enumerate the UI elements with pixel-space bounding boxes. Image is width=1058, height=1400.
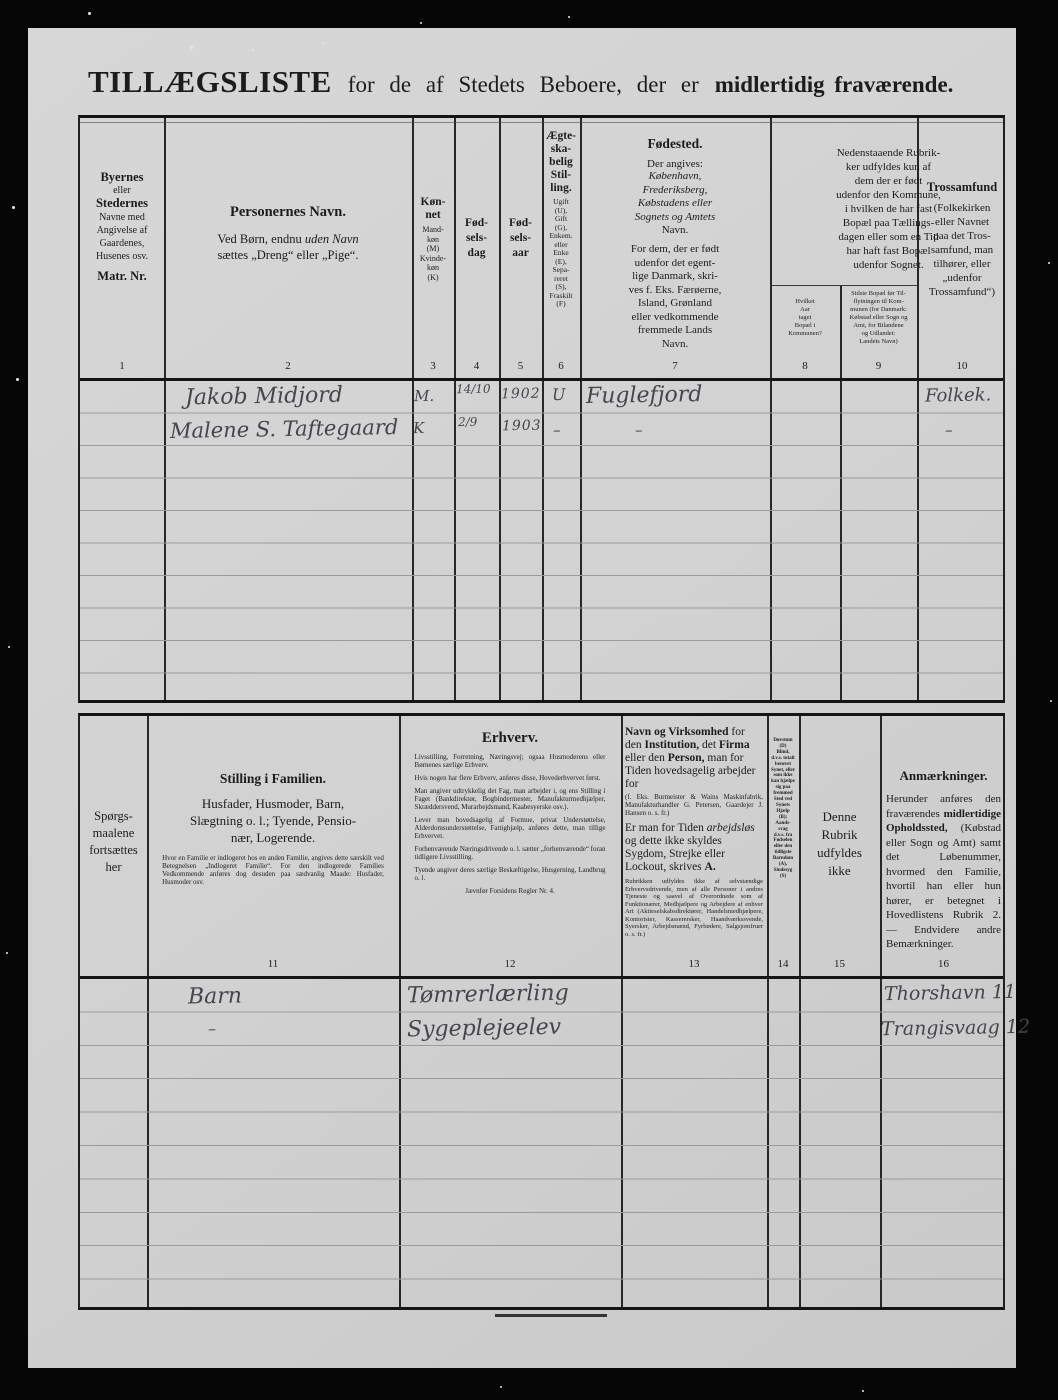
entry-occupation: Sygeplejeelev <box>407 1015 562 1043</box>
entry-birthyear: 1902 <box>501 386 541 403</box>
header-col10-title: Trossamfund <box>919 180 1005 195</box>
entry-name: Jakob Midjord <box>185 383 343 411</box>
scan-speck <box>88 12 91 15</box>
column-number: 5 <box>499 360 542 372</box>
header-col4: Fød- sels- dag <box>454 216 499 261</box>
scan-speck <box>190 46 193 49</box>
form-paper: TILLÆGSLISTE for de af Stedets Beboere, … <box>28 28 1016 1368</box>
header-col7-title: Fødested. <box>582 136 768 152</box>
table-lower: Spørgs- maalene fortsættes her Stilling … <box>78 713 1005 1310</box>
entry-family-position: Barn <box>188 984 242 1010</box>
header-col13: Navn og Virksomhed for den Institution, … <box>625 726 763 938</box>
entry-civilstatus: U <box>552 385 566 404</box>
header-col8: Hvilket Aar taget Bopæl i Kommunen? <box>770 298 840 338</box>
header-col13-unemployed-part: A. <box>705 861 716 873</box>
header-col7-navn: Navn. <box>582 224 768 236</box>
entry-birthplace: Fuglefjord <box>586 382 703 409</box>
header-col2-sub-text: sættes „Dreng“ eller „Pige“. <box>218 248 359 262</box>
header-col5: Fød- sels- aar <box>499 216 542 261</box>
header-col13-fineprint: Rubrikken udfyldes ikke af selvstændige … <box>625 878 763 938</box>
header-col16: Anmærkninger. Herunder anføres den fravæ… <box>886 768 1001 952</box>
entry-congregation: – <box>945 421 953 439</box>
entry-name: Malene S. Taftegaard <box>170 415 399 443</box>
header-col1-line: Stedernes <box>82 196 162 211</box>
entry-civilstatus: – <box>553 421 561 439</box>
column-number: 13 <box>621 958 767 970</box>
column-number: 16 <box>880 958 1007 970</box>
header-col10: Trossamfund (Folkekirken eller Navnet pa… <box>919 180 1005 299</box>
entry-birthyear: 1903 <box>502 418 542 435</box>
header-col7-places: København, Frederiksberg, Købstadens ell… <box>582 170 768 224</box>
header-col13-lead: Navn og Virksomhed for den Institution, … <box>625 726 763 791</box>
header-col4-title: Fød- sels- dag <box>454 216 499 261</box>
header-col2-title: Personernes Navn. <box>166 204 410 221</box>
header-col13-lead-part: Firma <box>719 739 750 751</box>
form-title-main: TILLÆGSLISTE <box>88 64 332 100</box>
header-col11-sub: Husfader, Husmoder, Barn, Slægtning o. l… <box>147 795 399 846</box>
header-col15: Denne Rubrik udfyldes ikke <box>799 808 880 880</box>
header-col1-line: Navne med Angivelse af Gaardenes, Husene… <box>82 211 162 263</box>
entry-birthplace: – <box>635 421 643 439</box>
header-col12: Erhverv. Livsstilling, Forretning, Nærin… <box>399 730 621 895</box>
header-col12-p2: Hvis nogen har flere Erhverv, anføres di… <box>415 774 606 782</box>
scan-speck <box>568 16 570 18</box>
header-col10-sub: (Folkekirken eller Navnet paa det Tros- … <box>919 201 1005 299</box>
header-col12-p6: Tyende angiver deres særlige Beskæftigel… <box>415 866 606 882</box>
header-col16-body: Herunder anføres den fraværendes midlert… <box>886 792 1001 952</box>
header-col2-sub-text: Ved Børn, endnu <box>217 232 305 246</box>
scan-speck <box>420 22 422 24</box>
header-col13-lead-part: Person, <box>668 752 705 764</box>
header-col2-sub: Ved Børn, endnu uden Navnsættes „Dreng“ … <box>166 231 410 263</box>
header-col1-line: eller <box>82 185 162 196</box>
entry-birthday: 14/10 <box>456 382 491 397</box>
header-col1: Byernes eller Stedernes Navne med Angive… <box>82 170 162 284</box>
column-number: 1 <box>80 360 164 372</box>
header-col7-angives: Der angives: <box>582 158 768 170</box>
header-col13-lead-part: det <box>699 739 719 751</box>
header-col5-title: Fød- sels- aar <box>499 216 542 261</box>
header-col3: Køn- net Mand- køn (M) Kvinde- køn (K) <box>412 196 454 282</box>
entry-remarks: Thorshavn 11 <box>884 981 1016 1005</box>
header-col12-p7: Jævnfør Forsidens Regler Nr. 4. <box>399 887 621 895</box>
header-col2: Personernes Navn. Ved Børn, endnu uden N… <box>166 204 410 263</box>
header-col11-title: Stilling i Familien. <box>147 771 399 787</box>
header-col14: Døvstum (D) Blind, d.v.s. totalt berøvet… <box>767 738 799 880</box>
header-col12-title: Erhverv. <box>399 730 621 747</box>
scan-speck <box>322 42 324 44</box>
header-col13-lead-part: eller den <box>625 752 668 764</box>
entry-remarks: Trangisvaag 12 <box>881 1016 1030 1041</box>
form-title-mid: for de af Stedets Beboere, der er <box>348 72 699 98</box>
header-col12-p4: Lever man hovedsagelig af Formue, privat… <box>415 816 606 840</box>
subheader-divider <box>770 285 917 286</box>
column-number: 12 <box>399 958 621 970</box>
scan-background: { "title": { "main": "TILLÆGSLISTE", "mi… <box>0 0 1058 1400</box>
header-col6: Ægte- ska- belig Stil- ling. Ugift (U), … <box>542 130 580 309</box>
entry-sex: M. <box>414 387 434 405</box>
scan-speck <box>500 1386 502 1388</box>
scan-speck <box>12 206 15 209</box>
header-col3-title: Køn- net <box>412 196 454 222</box>
header-col11-fineprint: Hvor en Familie er indlogeret hos en and… <box>162 854 384 886</box>
entry-occupation: Tømrerlærling <box>407 981 569 1009</box>
scan-speck <box>862 1390 864 1392</box>
header-col12-p3: Man angiver udtrykkelig det Fag, man arb… <box>415 787 606 811</box>
entry-birthday: 2/9 <box>458 415 478 429</box>
entry-congregation: Folkek. <box>925 384 992 406</box>
header-col9: Sidste Bopæl før Til- flytningen til Kom… <box>842 290 915 346</box>
column-number: 10 <box>917 360 1007 372</box>
column-number: 11 <box>147 958 399 970</box>
header-col7: Fødested. Der angives: København, Freder… <box>582 136 768 351</box>
form-title-bold: midlertidig fraværende. <box>715 72 954 98</box>
header-col8-text: Hvilket Aar taget Bopæl i Kommunen? <box>770 298 840 338</box>
header-col13-lead-part: Navn og Virksomhed <box>625 726 729 738</box>
header-col6-title: Ægte- ska- belig Stil- ling. <box>542 130 580 195</box>
header-col3-sub: Mand- køn (M) Kvinde- køn (K) <box>412 225 454 282</box>
column-number: 4 <box>454 360 499 372</box>
header-col7-foreign: For dem, der er født udenfor det egent- … <box>582 243 768 351</box>
header-col14-text: Døvstum (D) Blind, d.v.s. totalt berøvet… <box>767 738 799 880</box>
header-col1-line: Byernes <box>82 170 162 185</box>
header-col13-paren: (f. Eks. Burmeister & Wains Maskinfabrik… <box>625 793 763 817</box>
header-side-label: Spørgs- maalene fortsættes her <box>80 808 147 876</box>
header-col13-unemployed-part: Er man for Tiden <box>625 822 707 834</box>
column-number: 3 <box>412 360 454 372</box>
header-col16-title: Anmærkninger. <box>886 768 1001 784</box>
column-number: 8 <box>770 360 840 372</box>
scan-speck <box>1050 700 1052 702</box>
entry-sex: K <box>413 419 425 437</box>
header-col9-text: Sidste Bopæl før Til- flytningen til Kom… <box>842 290 915 346</box>
header-col11: Stilling i Familien. Husfader, Husmoder,… <box>147 771 399 886</box>
header-side-label-text: Spørgs- maalene fortsættes her <box>80 808 147 876</box>
header-col2-sub-italic: uden Navn <box>305 232 359 246</box>
header-col12-p5: Forhenværende Næringsdrivende o. l. sætt… <box>415 845 606 861</box>
column-number: 15 <box>799 958 880 970</box>
scan-speck <box>6 952 8 954</box>
header-col6-sub: Ugift (U), Gift (G), Enkem. eller Enke (… <box>542 198 580 309</box>
header-col12-p1: Livsstilling, Forretning, Næringsvej; og… <box>415 753 606 769</box>
header-col13-unemployed: Er man for Tiden arbejdsløs og dette ikk… <box>625 822 763 874</box>
header-col1-line: Matr. Nr. <box>82 269 162 284</box>
header-col13-lead-part: Institution, <box>644 739 699 751</box>
column-number: 6 <box>542 360 580 372</box>
table-upper: Byernes eller Stedernes Navne med Angive… <box>78 115 1005 703</box>
form-title: TILLÆGSLISTE for de af Stedets Beboere, … <box>88 64 953 100</box>
scan-speck <box>252 49 254 51</box>
scan-speck <box>1048 262 1050 264</box>
printer-imprint <box>495 1314 607 1317</box>
column-number: 9 <box>840 360 917 372</box>
column-number: 2 <box>164 360 412 372</box>
scan-speck <box>8 646 10 648</box>
scan-speck <box>16 378 19 381</box>
header-col15-text: Denne Rubrik udfyldes ikke <box>799 808 880 880</box>
column-number: 7 <box>580 360 770 372</box>
column-number: 14 <box>767 958 799 970</box>
header-col13-unemployed-part: arbejdsløs <box>707 822 755 834</box>
entry-family-position: – <box>208 1019 216 1038</box>
header-col16-body-part: (Købstad eller Sogn og Amt) samt det Løb… <box>886 822 1001 950</box>
